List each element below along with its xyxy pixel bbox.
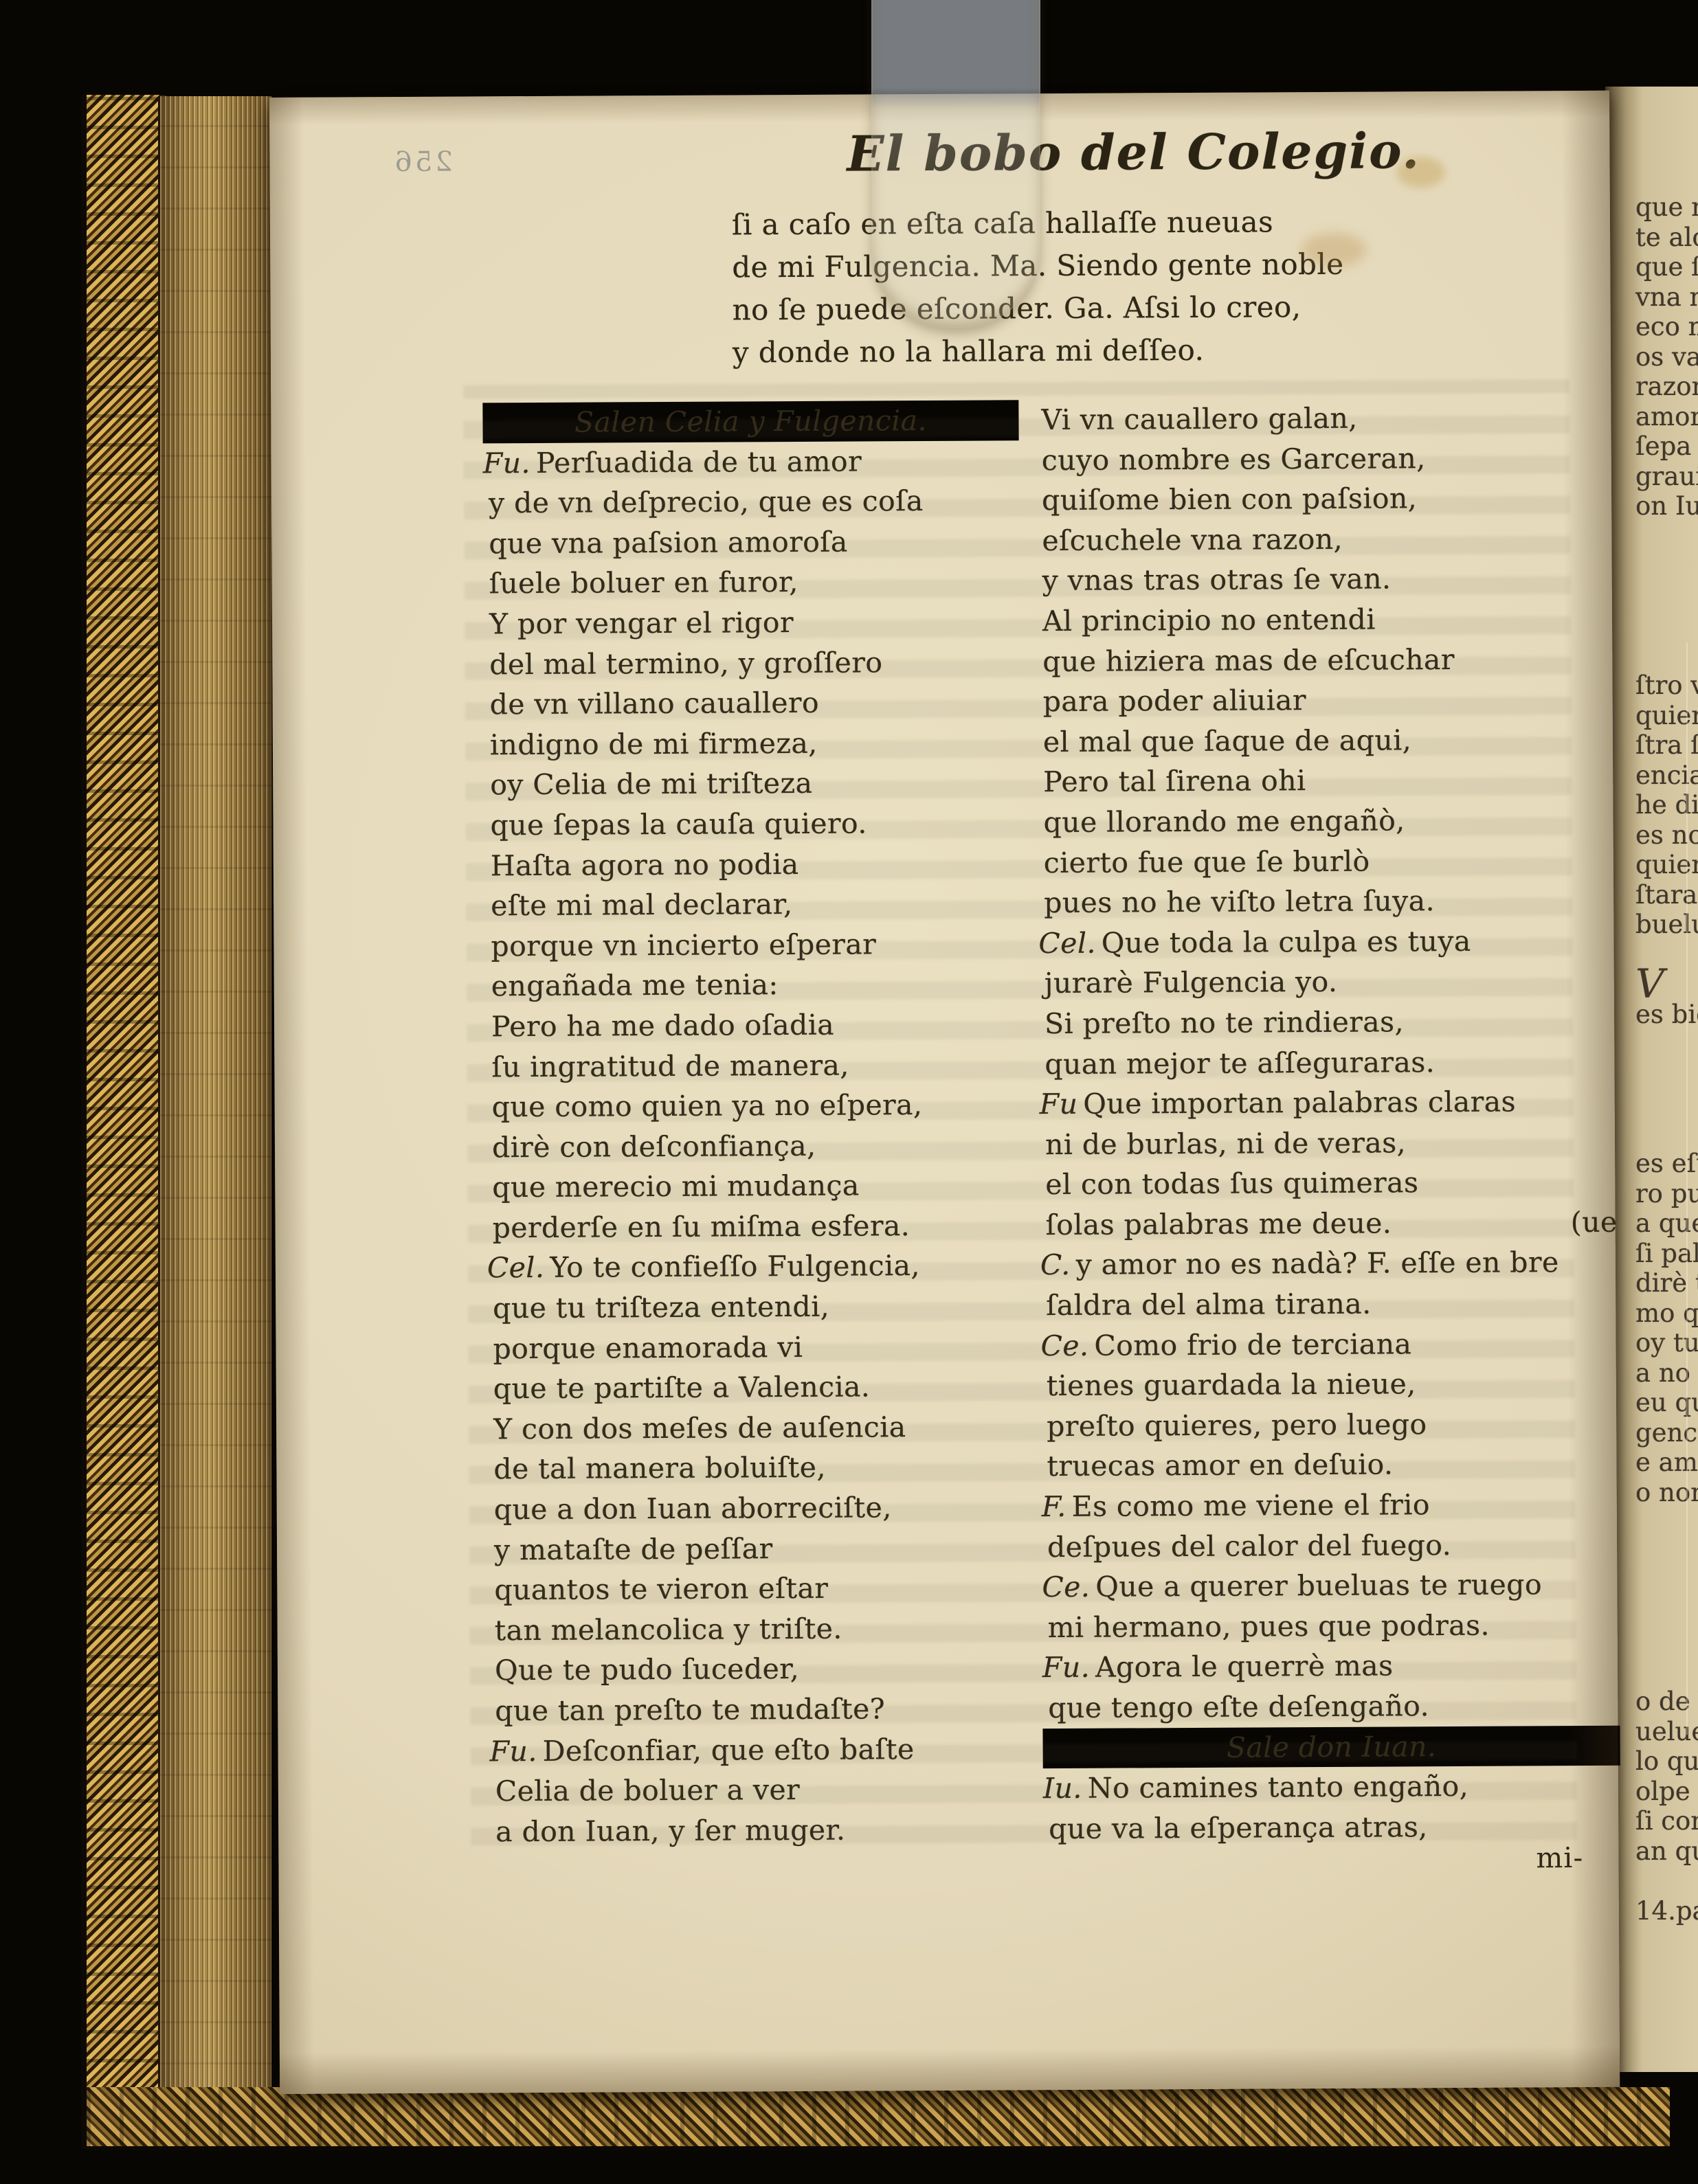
speaker-abbrev: Cel. (487, 1251, 550, 1284)
fragment-text: lo que qu (1635, 1746, 1698, 1776)
verse-text: cierto fue que ſe burlò (1044, 844, 1370, 879)
fragment-text: encia con e (1635, 761, 1698, 790)
verse-text: Celia de boluer a ver (495, 1773, 800, 1808)
verse-text: porque enamorada vi (493, 1331, 803, 1365)
next-page-text-fragment (1635, 1627, 1698, 1657)
next-page-text-fragment (1635, 1029, 1698, 1059)
next-page-text-fragment: ſtara paga (1635, 880, 1698, 910)
speaker-abbrev (1038, 765, 1043, 798)
fragment-text: on Iuan pu (1635, 491, 1698, 521)
verse-text: jurarè Fulgencia yo. (1045, 965, 1338, 1000)
fragment-text: dirè todo (1635, 1268, 1698, 1298)
speaker-abbrev (489, 1533, 494, 1566)
verse-text: que tu triſteza entendi, (493, 1290, 829, 1325)
gilt-bottom-edge (87, 2087, 1670, 2150)
next-page-text-fragment: o nombre (1635, 1478, 1698, 1508)
verse-line: quan mejor te aſſeguraras. (1039, 1041, 1616, 1084)
verse-line: y vnas tras otras ſe van. (1037, 558, 1614, 601)
fragment-text: oy tu herm (1635, 1328, 1698, 1358)
verse-line: porque enamorada vi (487, 1326, 1023, 1369)
speaker-abbrev (487, 1292, 493, 1325)
next-page-text-fragment: V (1635, 969, 1698, 1000)
verse-text: Yo te confieſſo Fulgencia, (550, 1250, 920, 1285)
page-holder-clip (871, 0, 1040, 328)
fragment-text: que ſigue (1635, 252, 1698, 282)
verse-text: del mal termino, y groſſero (489, 646, 882, 681)
catchword: mi- (1536, 1841, 1583, 1874)
speaker-abbrev (484, 688, 490, 721)
next-page-text-column: que note alcancque ſiguevna mudabeco mi … (1635, 192, 1698, 1926)
verse-line: y mataſte de peſſar (489, 1527, 1025, 1571)
verse-line: preſto quieres, pero luego (1041, 1404, 1618, 1447)
speaker-abbrev (1042, 1531, 1047, 1564)
intro-line: ſi a caſo en eſta caſa hallaſſe nueuas (772, 201, 1363, 247)
verse-text: Deſconfiar, que eſto baſte (543, 1733, 915, 1768)
verse-line: el con todas ſus quimeras (1040, 1162, 1617, 1205)
verse-line: Fu.Perſuadida de tu amor (483, 440, 1019, 484)
verse-text: Perſuadida de tu amor (536, 444, 862, 479)
verse-text: Como frio de terciana (1094, 1327, 1411, 1362)
verse-text: Si preſto no te rindieras, (1045, 1005, 1404, 1040)
verse-text: que tengo eſte deſengaño. (1048, 1689, 1429, 1724)
next-page-text-fragment: on Iuan pu (1635, 491, 1698, 521)
speaker-abbrev: Ce. (1040, 1329, 1094, 1362)
verse-line: de tal manera boluiſte, (488, 1447, 1024, 1490)
verse-text: porque vn incierto eſperar (491, 927, 876, 962)
fragment-text: uelue a qu (1635, 1717, 1698, 1746)
next-page-text-fragment: es bien, bo (1635, 1000, 1698, 1030)
verse-line: que vna paſsion amoroſa (483, 521, 1019, 564)
speaker-abbrev (484, 607, 489, 640)
speaker-abbrev: C. (1040, 1248, 1076, 1281)
verse-text: el con todas ſus quimeras (1045, 1167, 1418, 1202)
speaker-abbrev (1040, 1128, 1045, 1161)
speaker-abbrev: Fu. (483, 447, 536, 480)
next-page-text-fragment: ſi con ze (1635, 1806, 1698, 1836)
fragment-text: a no calla (1635, 1358, 1698, 1388)
verse-text: dirè con deſconfiança, (492, 1129, 816, 1164)
next-page-text-fragment (1635, 1119, 1698, 1149)
speaker-abbrev (484, 728, 490, 761)
next-page-text-fragment (1635, 521, 1698, 552)
verse-text: y mataſte de peſſar (494, 1532, 773, 1566)
verse-text: que va la eſperança atras, (1049, 1810, 1428, 1845)
verse-text: pues no he viſto letra ſuya. (1044, 884, 1435, 919)
verse-line: Pero ha me dado oſadia (486, 1004, 1022, 1047)
speaker-abbrev: Iu. (1043, 1772, 1088, 1805)
speaker-abbrev (487, 1211, 492, 1244)
speaker-abbrev (488, 1453, 493, 1486)
next-page-text-fragment: a que preg (1635, 1208, 1698, 1239)
verse-line: deſpues del calor del fuego. (1042, 1524, 1619, 1567)
verse-text: que ſepas la cauſa quiero. (490, 807, 867, 842)
speaker-abbrev (489, 1574, 494, 1607)
verse-text: quan mejor te aſſeguraras. (1045, 1046, 1435, 1081)
verse-text: quantos te vieron eſtar (494, 1572, 828, 1607)
verse-text: que tan preſto te mudaſte? (495, 1692, 885, 1727)
verse-text: eſte mi mal declarar, (491, 888, 793, 922)
next-page-text-fragment: ro pues el v (1635, 1179, 1698, 1209)
speaker-abbrev: Ce. (1042, 1571, 1095, 1603)
speaker-abbrev (726, 207, 732, 241)
speaker-abbrev (1039, 1007, 1045, 1040)
speaker-abbrev: F. (1042, 1490, 1072, 1523)
speaker-abbrev (1040, 1289, 1046, 1322)
fragment-text: razon lo (1635, 372, 1698, 401)
next-page-text-fragment: te alcanc (1635, 223, 1698, 253)
fragment-text: quiero ma (1635, 701, 1698, 730)
left-text-column: Salen Celia y Fulgencia.Fu.Perſuadida de… (482, 400, 1026, 1851)
next-page-text-fragment: uelue a qu (1635, 1717, 1698, 1747)
next-page-text-fragment: eu que nac (1635, 1388, 1698, 1418)
fragment-text: buelua a (1635, 910, 1698, 939)
verse-line: FuQue importan palabras claras (1040, 1081, 1617, 1125)
next-page-text-fragment (1635, 1597, 1698, 1628)
fragment-text: ſi palabra (1635, 1239, 1698, 1268)
speaker-abbrev (489, 1694, 495, 1727)
bleedthrough-page-number: 256 (392, 146, 453, 178)
verse-text: cuyo nombre es Garceran, (1042, 442, 1426, 477)
verse-line: perderſe en ſu miſma esfera. (487, 1205, 1023, 1248)
verse-text: que merecio mi mudança (492, 1169, 860, 1204)
next-page-text-fragment: eco mi h (1635, 312, 1698, 342)
next-page-text-fragment: ſepa call (1635, 431, 1698, 462)
speaker-abbrev (488, 1412, 493, 1445)
speaker-abbrev (1041, 1410, 1047, 1443)
verse-text: truecas amor en deſuio. (1047, 1448, 1393, 1483)
verse-line: tan melancolica y triſte. (489, 1608, 1025, 1651)
verse-line: Pero tal ſirena ohi (1038, 759, 1615, 802)
fragment-text: vna mudab (1635, 282, 1698, 312)
speaker-abbrev (1042, 1611, 1048, 1644)
verse-line: pues no he viſto letra ſuya. (1038, 880, 1616, 923)
verse-line: ni de burlas, ni de veras, (1040, 1121, 1617, 1164)
verse-line: Celia de boluer a ver (490, 1768, 1026, 1812)
verse-text: No camines tanto engaño, (1088, 1770, 1469, 1805)
next-page-text-fragment (1635, 641, 1698, 671)
speaker-abbrev (484, 809, 490, 842)
next-page-text-fragment (1635, 1507, 1698, 1538)
fragment-text: amor que (1635, 402, 1698, 431)
next-page-text-fragment: quiera tant (1635, 850, 1698, 880)
speaker-abbrev (485, 889, 491, 922)
intro-line: y donde no la hallara mi deſſeo. (772, 328, 1363, 374)
next-page-text-fragment (1635, 1538, 1698, 1568)
verse-text: que como quien ya no eſpera, (492, 1088, 923, 1123)
verse-line: Fu.Agora le querrè mas (1042, 1645, 1620, 1688)
verse-text: de tal manera boluiſte, (493, 1451, 826, 1486)
speaker-abbrev (486, 1010, 491, 1043)
verse-text: ſolas palabras me deue. (1045, 1206, 1392, 1241)
verse-text: Salen Celia y Fulgencia. (574, 404, 927, 439)
verse-line: el mal que ſaque de aqui, (1038, 719, 1615, 763)
verse-line: Cel.Yo te confieſſo Fulgencia, (487, 1246, 1023, 1289)
fragment-text: es bien, bo (1635, 1000, 1698, 1029)
next-page-text-fragment: amor que (1635, 402, 1698, 432)
verse-text: mi hermano, pues que podras. (1048, 1609, 1490, 1644)
speaker-abbrev (1041, 1450, 1047, 1483)
speaker-abbrev (1040, 1208, 1045, 1241)
verse-text: que te partiſte a Valencia. (493, 1371, 871, 1406)
verse-line: cuyo nombre es Garceran, (1036, 437, 1613, 480)
verse-line: ſolas palabras me deue.(ue (1040, 1202, 1617, 1246)
speaker-abbrev (486, 1050, 491, 1083)
photo-of-open-book: { "colors": { "background": "#080603", "… (0, 0, 1698, 2184)
next-page-text-fragment (1635, 581, 1698, 611)
fragment-text: que no (1635, 192, 1698, 222)
verse-line: quiſome bien con paſsion, (1036, 477, 1613, 521)
verse-line: que tan preſto te mudaſte? (489, 1688, 1025, 1731)
speaker-abbrev (1041, 1369, 1047, 1402)
verse-text: deſpues del calor del fuego. (1047, 1529, 1451, 1564)
speaker-abbrev (726, 293, 732, 326)
speaker-abbrev (1040, 1168, 1045, 1201)
next-page-text-fragment: lo que qu (1635, 1746, 1698, 1777)
next-page-text-fragment: ſtro valor (1635, 671, 1698, 701)
next-page-text-fragment: a no calla (1635, 1358, 1698, 1388)
verse-text: ni de burlas, ni de veras, (1045, 1126, 1406, 1161)
fragment-text: quiera tant (1635, 850, 1698, 879)
speaker-abbrev (486, 970, 491, 1003)
verse-text: preſto quieres, pero luego (1047, 1408, 1427, 1443)
verse-line: dirè con deſconfiança, (487, 1125, 1023, 1168)
speaker-abbrev (489, 1493, 494, 1526)
verse-line: que hiziera mas de eſcuchar (1037, 638, 1614, 682)
next-page-text-fragment (1635, 1059, 1698, 1090)
verse-line: mi hermano, pues que podras. (1042, 1605, 1620, 1648)
verse-text: Que a querer bueluas te ruego (1095, 1568, 1542, 1603)
verse-text: Es como me viene el frio (1072, 1488, 1430, 1523)
fragment-text: ſtara paga (1635, 880, 1698, 910)
verse-line: Iu.No camines tanto engaño, (1043, 1766, 1620, 1809)
verse-text: Vi vn cauallero galan, (1041, 402, 1357, 436)
speaker-abbrev (1037, 645, 1042, 678)
fragment-text: ro pues el v (1635, 1179, 1698, 1208)
fragment-text: ſi con ze (1635, 1806, 1698, 1836)
verse-line: eſcuchele vna razon, (1036, 518, 1613, 561)
next-page-text-fragment (1635, 1657, 1698, 1687)
verse-line: que llorando me engañò, (1038, 800, 1615, 843)
next-page-text-fragment: razon lo (1635, 372, 1698, 402)
verse-line: para poder aliuiar (1037, 679, 1614, 722)
verse-line: F.Es como me viene el frio (1042, 1484, 1619, 1527)
speaker-abbrev (487, 1090, 492, 1123)
verse-text: de vn villano cauallero (490, 686, 820, 721)
verse-line: Ce.Que a querer bueluas te ruego (1042, 1564, 1619, 1608)
verse-text: Al principio no entendi (1042, 603, 1376, 638)
speaker-abbrev (1036, 484, 1042, 517)
next-page-text-fragment: an que to (1635, 1836, 1698, 1867)
verse-line: oy Celia de mi triſteza (484, 763, 1020, 806)
speaker-abbrev (490, 1775, 495, 1808)
fragment-text: ſepa call (1635, 431, 1698, 461)
verse-line: Salen Celia y Fulgencia. (482, 400, 1018, 443)
verse-line: Haſta agora no podia (485, 843, 1021, 886)
next-page-text-fragment: buelua a (1635, 910, 1698, 940)
verse-text: que hiziera mas de eſcuchar (1042, 643, 1455, 678)
next-page-text-fragment (1635, 1089, 1698, 1119)
fragment-text: an que to (1635, 1836, 1698, 1866)
intro-verse-block: ſi a caſo en eſta caſa hallaſſe nueuasde… (772, 201, 1363, 374)
verse-line: que merecio mi mudança (487, 1165, 1023, 1208)
verse-text: Que importan palabras claras (1083, 1085, 1516, 1121)
fragment-text: e amada c (1635, 1448, 1698, 1477)
speaker-abbrev (1037, 564, 1042, 597)
verse-text: y donde no la hallara mi deſſeo. (733, 333, 1205, 370)
verse-line: engañada me tenia: (486, 964, 1022, 1007)
fragment-text: he dicho (1635, 790, 1698, 820)
verse-text: ſaldra del alma tirana. (1046, 1287, 1372, 1322)
verse-text: oy Celia de mi triſteza (490, 767, 812, 801)
speaker-abbrev (1036, 524, 1042, 557)
verse-text: quiſome bien con paſsion, (1042, 482, 1417, 517)
speaker-abbrev (483, 487, 489, 520)
verse-line: truecas amor en deſuio. (1041, 1443, 1618, 1487)
next-page-text-fragment: 14.par: (1635, 1896, 1698, 1926)
speaker-abbrev (1037, 685, 1042, 718)
speaker-abbrev (1039, 1048, 1045, 1081)
fragment-text: grauio? Iu (1635, 462, 1698, 491)
verse-text: Pero ha me dado oſadia (491, 1009, 834, 1044)
verse-line: tienes guardada la nieue, (1041, 1363, 1618, 1406)
verse-line: Si preſto no te rindieras, (1039, 1001, 1616, 1044)
speaker-abbrev (1043, 1812, 1049, 1845)
speaker-abbrev (1042, 1691, 1048, 1724)
verse-line: Cel.Que toda la culpa es tuya (1038, 920, 1616, 963)
next-page-text-fragment (1635, 1567, 1698, 1597)
gilded-page-edges (158, 96, 271, 2147)
next-page-text-fragment: dirè todo (1635, 1268, 1698, 1298)
verse-text: y amor no es nadà? F. eſſe en bre (1076, 1246, 1559, 1282)
fragment-text: olpe me h (1635, 1777, 1698, 1806)
verse-text: que llorando me engañò, (1043, 804, 1405, 839)
fragment-text: mo quien (1635, 1298, 1698, 1328)
verse-line: de vn villano cauallero (484, 682, 1020, 725)
next-page-text-fragment: he dicho (1635, 790, 1698, 820)
verse-text: y de vn deſprecio, que es coſa (489, 484, 924, 519)
speaker-abbrev: Fu. (1042, 1651, 1095, 1684)
gilt-tooled-border (81, 95, 166, 2149)
next-page-text-fragment (1635, 611, 1698, 641)
speaker-abbrev (488, 1373, 493, 1406)
verse-text: Agora le querrè mas (1095, 1650, 1394, 1684)
verse-text: Que toda la culpa es tuya (1102, 925, 1471, 960)
verse-text: tan melancolica y triſte. (495, 1612, 842, 1647)
speaker-abbrev (484, 567, 489, 600)
verse-line: Que te pudo ſuceder, (489, 1648, 1025, 1691)
fragment-text: o nombre (1635, 1478, 1698, 1507)
verse-text: Que te pudo ſuceder, (495, 1652, 799, 1687)
verse-text: para poder aliuiar (1042, 684, 1306, 718)
speaker-abbrev (727, 335, 733, 369)
verse-text: ſu ingratitud de manera, (491, 1048, 849, 1083)
verse-line: Fu.Deſconfiar, que eſto baſte (489, 1729, 1025, 1772)
speaker-abbrev: Fu (1040, 1088, 1084, 1121)
next-page-text-fragment: o de Vale (1635, 1687, 1698, 1717)
fragment-text: os vays q (1635, 342, 1698, 372)
speaker-abbrev (1038, 846, 1044, 879)
next-page-text-fragment: oy tu herm (1635, 1328, 1698, 1358)
page-crease (1686, 642, 1688, 1735)
next-page-text-fragment: ſtra ſoy, y (1635, 730, 1698, 761)
speaker-abbrev (1039, 967, 1045, 1000)
verse-text: tienes guardada la nieue, (1047, 1368, 1416, 1403)
next-page-text-fragment: quiero ma (1635, 701, 1698, 731)
verse-text: indigno de mi firmeza, (490, 727, 818, 761)
speaker-abbrev (726, 250, 732, 284)
verse-line: Sale don Iuan. (1042, 1725, 1620, 1768)
book-page: 256 El bobo del Colegio. ſi a caſo en eſ… (269, 91, 1620, 2094)
next-page-text-fragment: grauio? Iu (1635, 462, 1698, 492)
verse-text: el mal que ſaque de aqui, (1043, 723, 1411, 758)
verse-line: ſuele boluer en furor, (484, 561, 1020, 605)
next-page-text-fragment: es eſto Ce (1635, 1149, 1698, 1179)
verse-line: C.y amor no es nadà? F. eſſe en bre (1040, 1242, 1618, 1285)
verse-text: ſuele boluer en furor, (489, 565, 798, 600)
verse-line: eſte mi mal declarar, (485, 883, 1021, 926)
verse-text: que a don Iuan aborreciſte, (494, 1491, 892, 1526)
fragment-text: es eſto Ce (1635, 1149, 1698, 1178)
verse-line: Ce.Como frio de terciana (1040, 1322, 1618, 1366)
fragment-text: gencia qu (1635, 1418, 1698, 1448)
verse-line: cierto fue que ſe burlò (1038, 840, 1616, 883)
next-page-text-fragment (1635, 1866, 1698, 1896)
verse-text: eſcuchele vna razon, (1042, 523, 1343, 557)
fragment-text: 14.par: (1635, 1896, 1698, 1926)
verse-text: a don Iuan, y ſer muger. (495, 1813, 845, 1848)
verse-line: que a don Iuan aborreciſte, (489, 1487, 1025, 1530)
speaker-abbrev (1036, 403, 1041, 436)
verse-line: Y por vengar el rigor (484, 601, 1020, 644)
next-page-text-fragment: e amada c (1635, 1448, 1698, 1478)
verse-text: Y por vengar el rigor (489, 606, 794, 640)
verse-line: indigno de mi firmeza, (484, 722, 1020, 765)
next-page-text-fragment: os vays q (1635, 342, 1698, 372)
speaker-abbrev (1038, 725, 1043, 758)
intro-line: no ſe puede eſconder. Ga. Aſsi lo creo, (772, 286, 1363, 332)
fragment-text: te alcanc (1635, 223, 1698, 252)
verse-line: Al principio no entendi (1037, 598, 1614, 642)
fragment-text: ſtra ſoy, y (1635, 730, 1698, 760)
speaker-abbrev (490, 1815, 495, 1848)
speaker-abbrev (1038, 886, 1044, 919)
next-page-text-fragment: ſi palabra (1635, 1239, 1698, 1269)
verse-line: porque vn incierto eſperar (485, 923, 1021, 967)
speaker-abbrev (485, 930, 491, 962)
speaker-abbrev (485, 849, 491, 882)
speaker-abbrev (483, 527, 489, 560)
verse-line: ſu ingratitud de manera, (486, 1044, 1022, 1088)
speaker-abbrev (489, 1654, 495, 1687)
turnover-syllable: (ue (1571, 1202, 1618, 1243)
verse-line: Vi vn cauallero galan, (1036, 397, 1613, 440)
next-page-text-fragment: que no (1635, 192, 1698, 223)
speaker-abbrev (487, 1332, 493, 1365)
black-background: que note alcancque ſiguevna mudabeco mi … (0, 0, 1698, 2184)
verse-line: que te partiſte a Valencia. (488, 1366, 1024, 1410)
speaker-abbrev (487, 1131, 492, 1164)
verse-line: a don Iuan, y ſer muger. (490, 1809, 1026, 1852)
verse-text: Haſta agora no podia (491, 848, 799, 882)
fragment-text: es no os a (1635, 820, 1698, 850)
fragment-text: eu que nac (1635, 1388, 1698, 1417)
fragment-text: eco mi h (1635, 312, 1698, 341)
right-text-column: Vi vn cauallero galan,cuyo nombre es Gar… (1036, 397, 1620, 1849)
verse-text: Sale don Iuan. (1227, 1730, 1437, 1764)
verse-line: Y con dos meſes de auſencia (488, 1406, 1024, 1450)
verse-line: del mal termino, y groſſero (484, 642, 1020, 685)
verse-line: y de vn deſprecio, que es coſa (483, 480, 1019, 524)
